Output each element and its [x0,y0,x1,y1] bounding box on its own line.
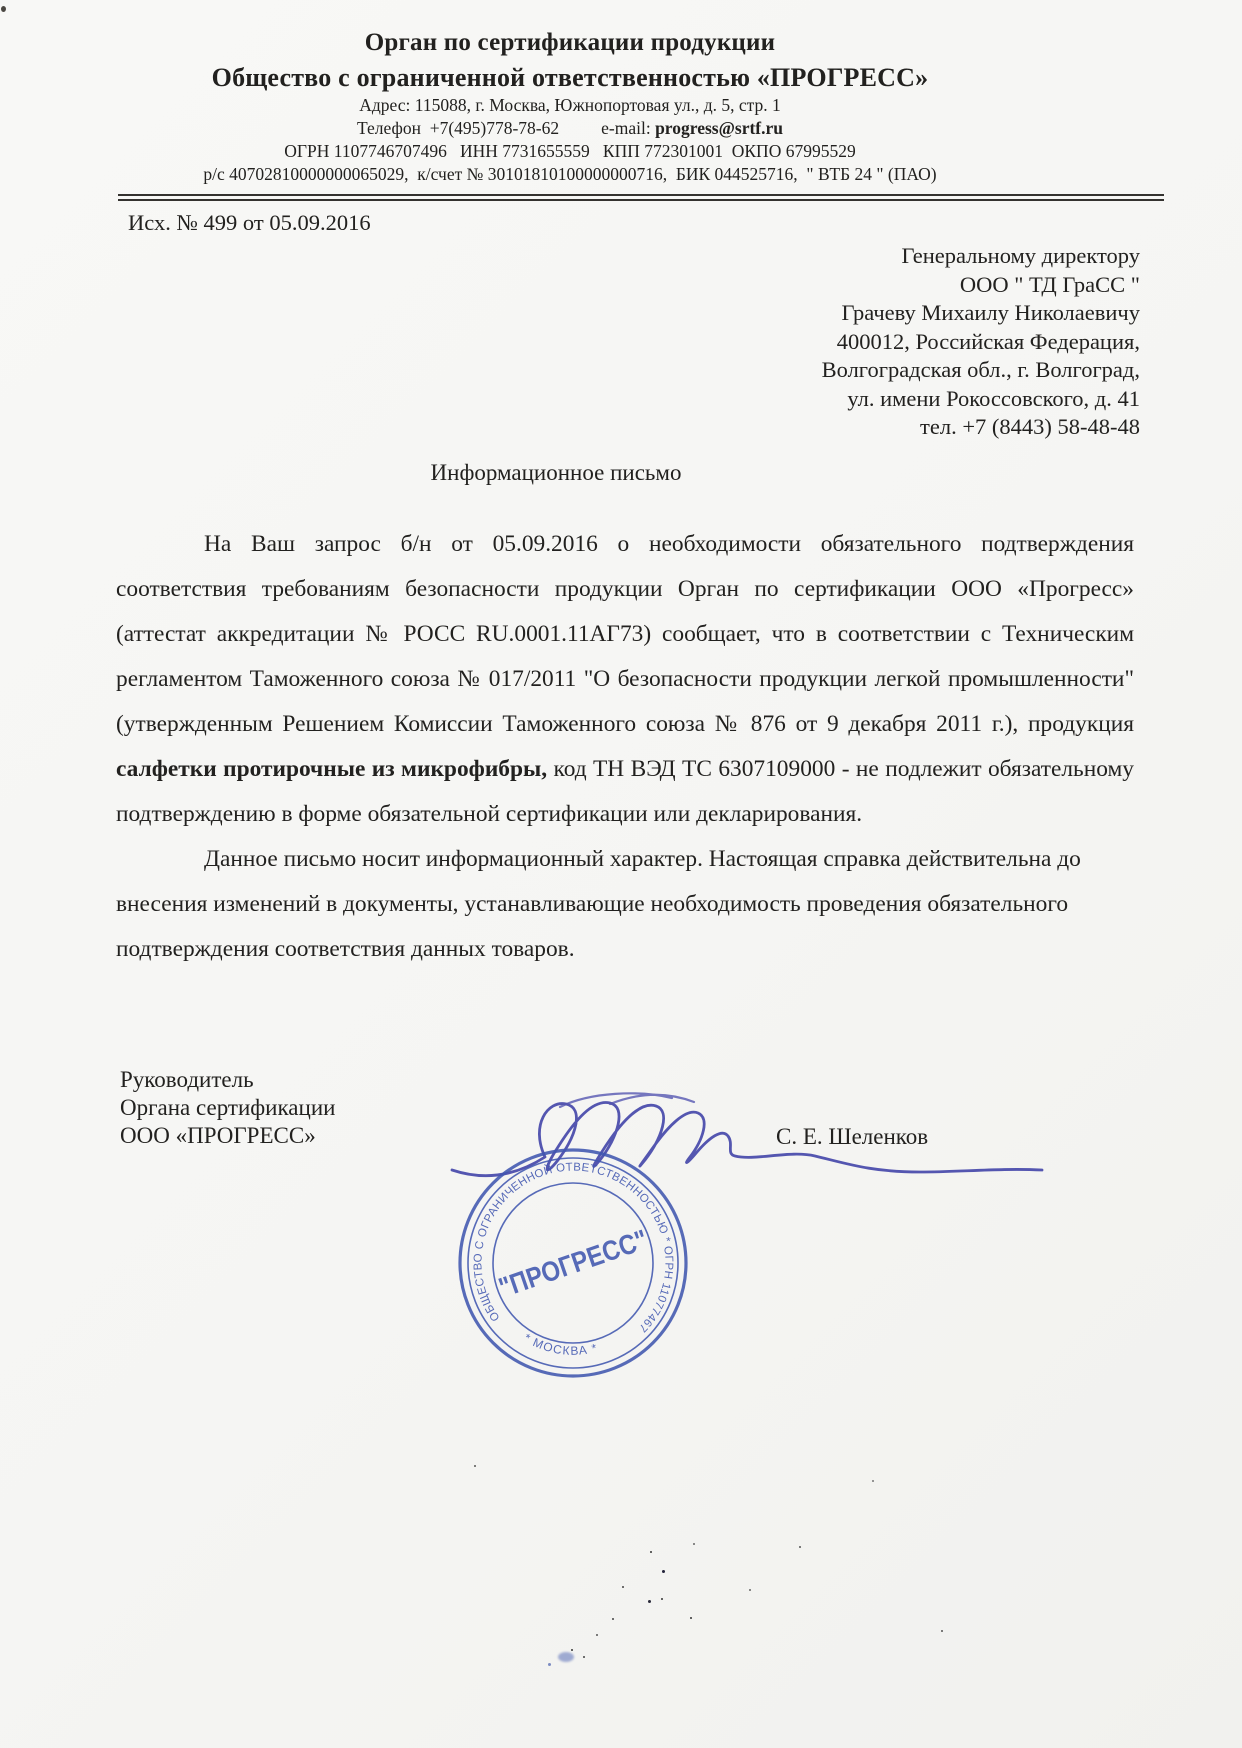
letterhead-phone: Телефон +7(495)778-78-62 [357,118,559,138]
signatory-title-line: Органа сертификации [120,1094,335,1122]
recipient-line: тел. +7 (8443) 58-48-48 [822,413,1140,442]
scan-ink-smudge [558,1652,574,1662]
letterhead: Орган по сертификации продукции Общество… [0,28,1140,185]
scan-speck [872,1480,874,1482]
scan-speck [612,1618,614,1620]
scan-speck [596,1634,598,1636]
svg-text:* МОСКВА *: * МОСКВА * [521,1331,599,1358]
signatory-title-block: Руководитель Органа сертификации ООО «ПР… [120,1066,335,1150]
outgoing-reference: Исх. № 499 от 05.09.2016 [128,210,371,236]
recipient-line: Генеральному директору [822,242,1140,271]
body-paragraph-1-text: На Ваш запрос б/н от 05.09.2016 о необхо… [116,531,1134,737]
body-paragraph-2: Данное письмо носит информационный харак… [116,837,1134,972]
scan-speck [583,1656,585,1658]
stamp-bottom-text: * МОСКВА * [521,1331,599,1358]
letterhead-bank-details: р/с 40702810000000065029, к/счет № 30101… [0,164,1140,185]
letterhead-email-label: e-mail: [601,118,651,138]
letterhead-contacts: Телефон +7(495)778-78-62e-mail: progress… [0,118,1140,139]
letterhead-org-name: Общество с ограниченной ответственностью… [0,62,1140,93]
scan-speck [799,1546,801,1548]
scan-speck [474,1465,476,1467]
scan-speck [941,1630,943,1632]
recipient-line: Волгоградская обл., г. Волгоград, [822,356,1140,385]
scan-speck [548,1663,551,1666]
letterhead-divider [118,194,1164,201]
signatory-title-line: ООО «ПРОГРЕСС» [120,1122,335,1150]
scan-speck [749,1589,751,1591]
scan-speck [648,1600,651,1603]
recipient-line: 400012, Российская Федерация, [822,328,1140,357]
scan-speck [690,1617,692,1619]
scan-speck [662,1570,665,1573]
scan-speck [693,1543,695,1545]
scan-speck [661,1598,663,1600]
letterhead-registration: ОГРН 1107746707496 ИНН 7731655559 КПП 77… [0,141,1140,162]
scan-speck [571,1649,573,1651]
stamp-center-text: "ПРОГРЕСС" [495,1224,652,1304]
letterhead-email-value: progress@srtf.ru [655,118,783,138]
body-paragraph-1-bold-product: салфетки протирочные из микрофибры, [116,756,547,782]
body-paragraph-1: На Ваш запрос б/н от 05.09.2016 о необхо… [116,522,1134,837]
recipient-block: Генеральному директору ООО " ТД ГраСС " … [822,242,1140,442]
letter-body: На Ваш запрос б/н от 05.09.2016 о необхо… [116,522,1134,972]
recipient-line: Грачеву Михаилу Николаевичу [822,299,1140,328]
signatory-title-line: Руководитель [120,1066,335,1094]
letterhead-address: Адрес: 115088, г. Москва, Южнопортовая у… [0,95,1140,116]
scan-speck [650,1551,652,1553]
document-page: Орган по сертификации продукции Общество… [0,0,1242,1748]
letterhead-org-type: Орган по сертификации продукции [0,28,1140,58]
letter-subject: Информационное письмо [0,460,1112,486]
company-stamp: ОБЩЕСТВО С ОГРАНИЧЕННОЙ ОТВЕТСТВЕННОСТЬЮ… [453,1143,693,1383]
scan-speck [1,6,6,12]
recipient-line: ООО " ТД ГраСС " [822,271,1140,300]
recipient-line: ул. имени Рокоссовского, д. 41 [822,385,1140,414]
scan-speck [622,1586,624,1588]
